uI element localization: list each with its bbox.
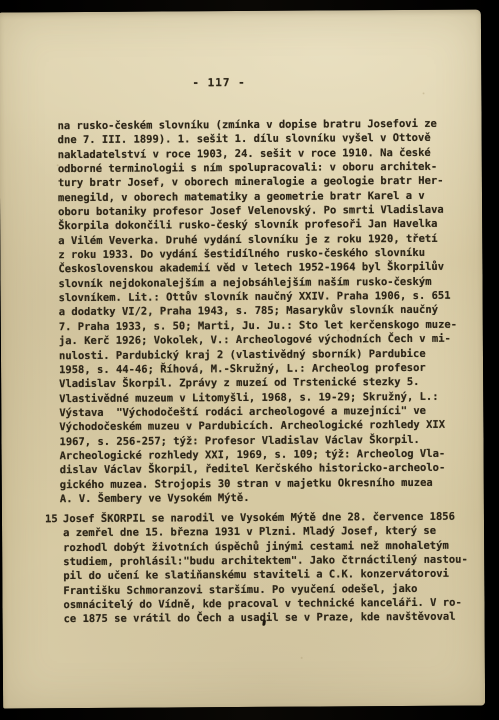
document-page: - 117 - na rusko-českém slovníku (zmínka… (0, 10, 485, 709)
text-line: ce 1875 se vrátil do Čech a usadil se v … (64, 610, 476, 627)
text-line: A. V. Šembery ve Vysokém Mýtě. (60, 490, 472, 507)
entry-15-text: Josef ŠKORPIL se narodil ve Vysokém Mýtě… (63, 510, 476, 627)
page-number: - 117 - (192, 76, 245, 90)
text-line: gického muzea. Strojopis 30 stran v maje… (60, 475, 472, 492)
scan-background: - 117 - na rusko-českém slovníku (zmínka… (0, 0, 499, 720)
entry-number: 15 (45, 512, 63, 526)
paragraph-dictionary-bibliography: na rusko-českém slovníku (zmínka v dopis… (58, 117, 472, 507)
entry-15-josef-skorpil: 15 Josef ŠKORPIL se narodil ve Vysokém M… (45, 510, 476, 627)
